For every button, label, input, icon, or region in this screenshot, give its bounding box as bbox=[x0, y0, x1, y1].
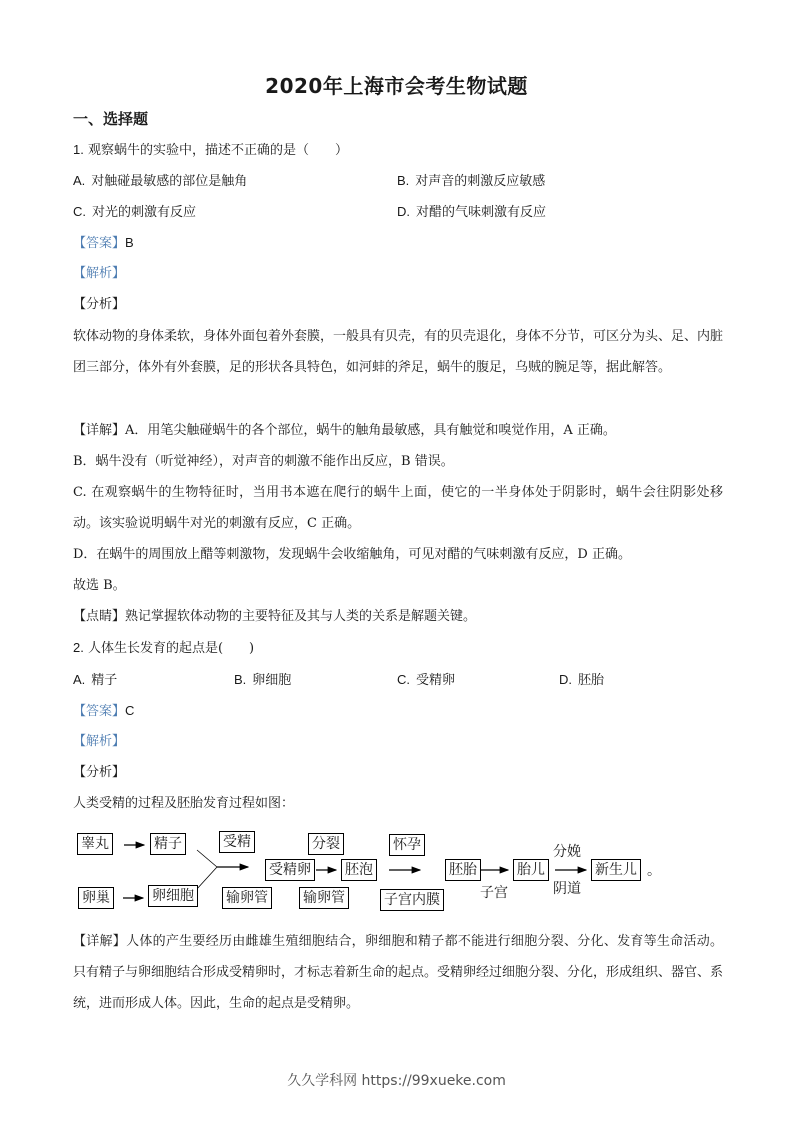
q1-option-a: A.对触碰最敏感的部位是触角 bbox=[73, 171, 247, 192]
q1-analysis-label: 【解析】 bbox=[73, 264, 125, 284]
q2-fenxi-label: 【分析】 bbox=[73, 763, 125, 783]
box-sperm: 精子 bbox=[150, 833, 186, 855]
box-egg: 卵细胞 bbox=[148, 885, 198, 907]
document-page: 2020年上海市会考生物试题 一、选择题 1. 观察蜗牛的实验中，描述不正确的是… bbox=[0, 0, 793, 1122]
question-2-stem: 2. 人体生长发育的起点是( ) bbox=[73, 638, 254, 659]
box-division: 分裂 bbox=[308, 833, 344, 855]
q1-option-b: B.对声音的刺激反应敏感 bbox=[397, 171, 545, 192]
box-testis: 睾丸 bbox=[77, 833, 113, 855]
q1-detail-d: D．在蜗牛的周围放上醋等刺激物，发现蜗牛会收缩触角，可见对醋的气味刺激有反应，D… bbox=[73, 545, 631, 565]
section-heading: 一、选择题 bbox=[73, 108, 148, 129]
q2-option-c: C.受精卵 bbox=[397, 670, 455, 691]
label-delivery: 分娩 bbox=[553, 843, 581, 861]
q1-fenxi-text: 软体动物的身体柔软，身体外面包着外套膜，一般具有贝壳，有的贝壳退化，身体不分节，… bbox=[73, 321, 723, 383]
q1-detail-a: 【详解】A．用笔尖触碰蜗牛的各个部位，蜗牛的触角最敏感，具有触觉和嗅觉作用，A … bbox=[73, 421, 616, 441]
q1-tip: 【点睛】熟记掌握软体动物的主要特征及其与人类的关系是解题关键。 bbox=[73, 607, 476, 627]
q1-answer: 【答案】B bbox=[73, 233, 134, 254]
q2-fenxi-text: 人类受精的过程及胚胎发育过程如图： bbox=[73, 794, 294, 814]
page-title: 2020年上海市会考生物试题 bbox=[0, 70, 793, 99]
q2-option-a: A.精子 bbox=[73, 670, 117, 691]
box-embryo: 胚胎 bbox=[445, 859, 481, 881]
box-fertilization: 受精 bbox=[219, 831, 255, 853]
box-newborn: 新生儿 bbox=[591, 859, 641, 881]
label-uterus: 子宫 bbox=[480, 884, 508, 902]
q2-detail: 【详解】人体的产生要经历由雌雄生殖细胞结合，卵细胞和精子都不能进行细胞分裂、分化… bbox=[73, 926, 723, 1019]
q1-option-c: C.对光的刺激有反应 bbox=[73, 202, 196, 223]
box-blastocyst: 胚泡 bbox=[341, 859, 377, 881]
q2-answer: 【答案】C bbox=[73, 701, 134, 722]
q2-option-d: D.胚胎 bbox=[559, 670, 604, 691]
q1-detail-c: C. 在观察蜗牛的生物特征时，当用书本遮在爬行的蜗牛上面，使它的一半身体处于阴影… bbox=[73, 477, 723, 539]
q1-option-d: D.对醋的气味刺激有反应 bbox=[397, 202, 546, 223]
question-1-stem: 1. 观察蜗牛的实验中，描述不正确的是（ ） bbox=[73, 140, 348, 161]
page-footer: 久久学科网 https://99xueke.com bbox=[0, 1070, 793, 1090]
box-fetus: 胎儿 bbox=[513, 859, 549, 881]
q2-option-b: B.卵细胞 bbox=[234, 670, 291, 691]
label-vagina: 阴道 bbox=[553, 880, 581, 898]
box-oviduct-2: 输卵管 bbox=[299, 887, 349, 909]
q2-analysis-label: 【解析】 bbox=[73, 732, 125, 752]
q1-fenxi-label: 【分析】 bbox=[73, 295, 125, 315]
diagram-end-period: 。 bbox=[647, 862, 661, 880]
q1-detail-b: B．蜗牛没有（听觉神经），对声音的刺激不能作出反应，B 错误。 bbox=[73, 452, 454, 472]
box-endometrium: 子宫内膜 bbox=[380, 889, 444, 911]
box-ovary: 卵巢 bbox=[78, 887, 114, 909]
box-oviduct-1: 输卵管 bbox=[222, 887, 272, 909]
q1-conclusion: 故选 B。 bbox=[73, 576, 126, 596]
box-pregnancy: 怀孕 bbox=[389, 834, 425, 856]
box-zygote: 受精卵 bbox=[265, 859, 315, 881]
